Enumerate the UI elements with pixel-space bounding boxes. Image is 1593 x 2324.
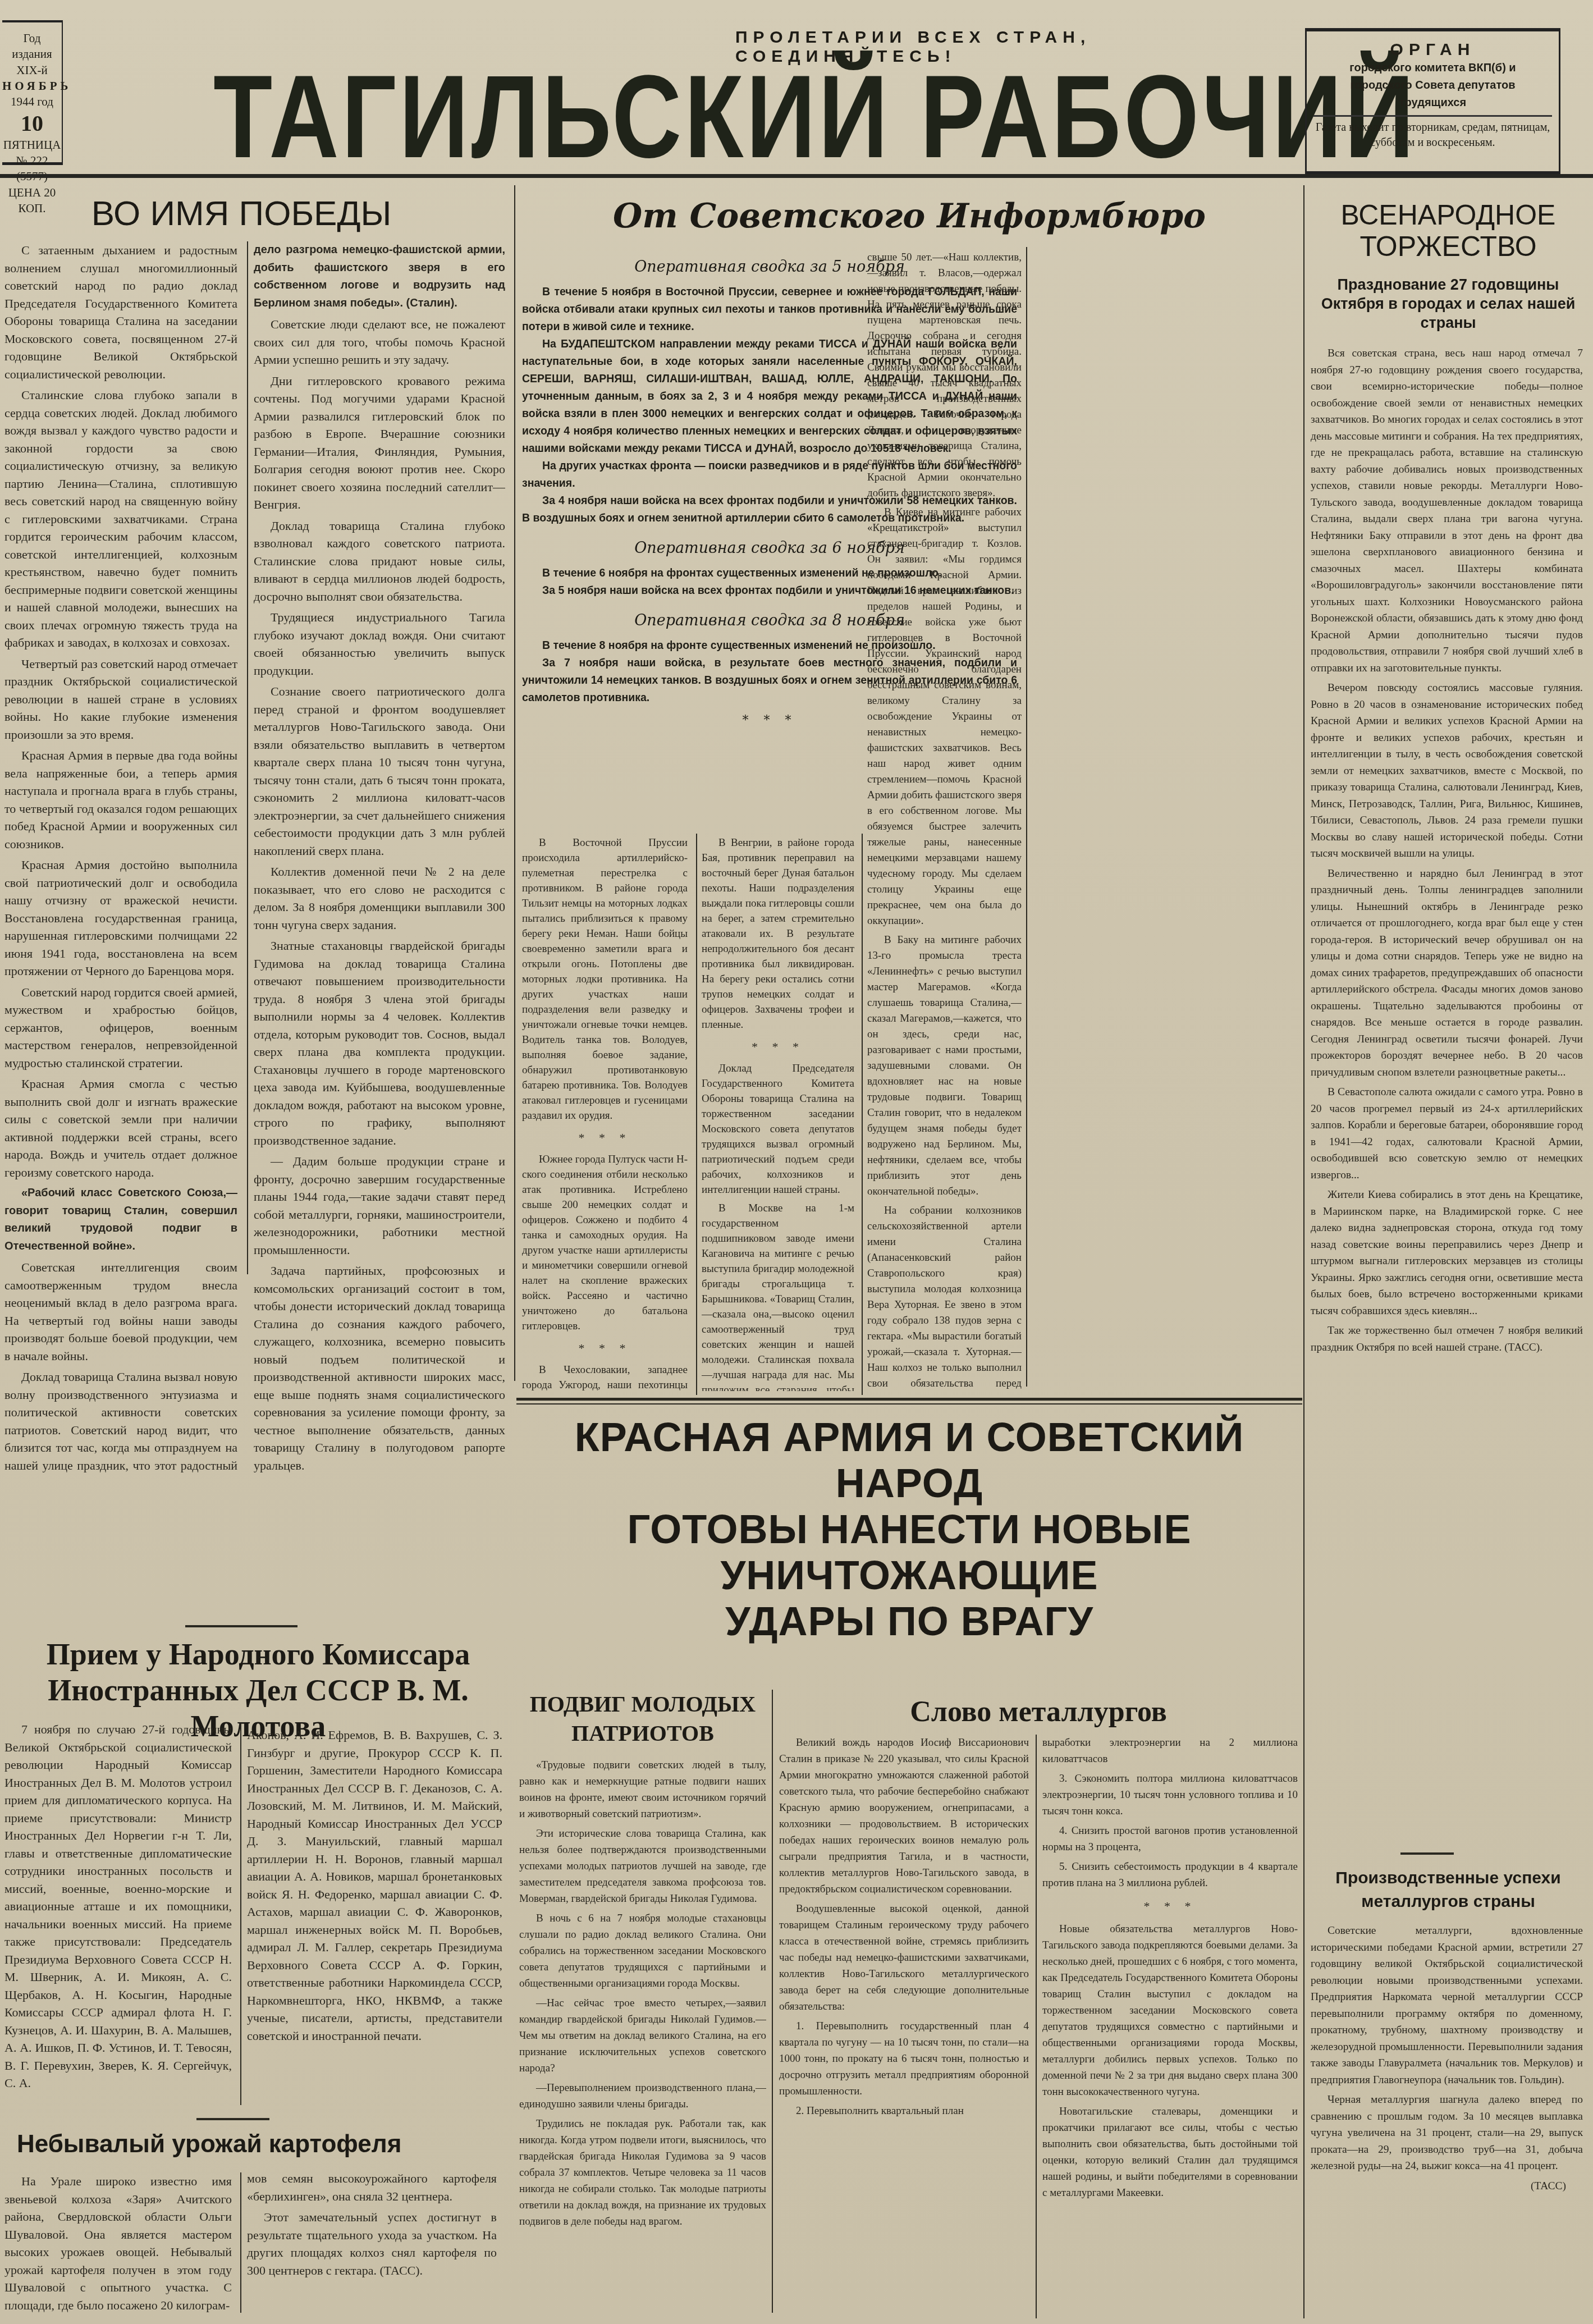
column-divider	[1026, 247, 1027, 1387]
molotov-column-2: Акопов, А. И. Ефремов, В. В. Вахрушев, С…	[247, 1726, 502, 2108]
attribution: (ТАСС)	[1311, 2178, 1583, 2195]
paragraph: выработки электроэнергии на 2 миллиона к…	[1042, 1735, 1298, 1767]
edition-box: Год издания XIX-й НОЯБРЬ 1944 год 10 ПЯТ…	[2, 20, 63, 165]
paragraph: свыше 50 лет.—«Наш коллектив,—заявил т. …	[867, 250, 1022, 501]
paragraph: — Дадим больше продукции стране и фронту…	[254, 1152, 505, 1259]
paragraph: Сознание своего патриотического долга пе…	[254, 683, 505, 859]
column-divider	[696, 834, 697, 1395]
paragraph: «Трудовые подвиги советских людей в тылу…	[519, 1757, 766, 1822]
paragraph: Вечером повсюду состоялись массовые гуля…	[1311, 680, 1583, 862]
month: НОЯБРЬ	[2, 78, 62, 94]
young-patriots-headline: ПОДВИГ МОЛОДЫХ ПАТРИОТОВ	[519, 1690, 766, 1748]
column-divider	[247, 241, 248, 1274]
paragraph: Эти исторические слова товарища Сталина,…	[519, 1826, 766, 1907]
sovinformburo-headline: От Советского Информбюро	[522, 196, 1297, 236]
paragraph: Воодушевленные высокой оценкой, данной т…	[779, 1901, 1029, 2015]
paragraph: В Баку на митинге рабочих 13-го промысла…	[867, 932, 1022, 1200]
paragraph: Советские металлурги, вдохновленные исто…	[1311, 1923, 1583, 2088]
paragraph: Знатные стахановцы гвардейской бригады Г…	[254, 937, 505, 1149]
paragraph: Красная Армия в первые два года войны ве…	[4, 747, 237, 853]
stalin-quote: «Рабочий класс Советского Союза,—говорит…	[4, 1184, 237, 1255]
paragraph: В Киеве на митинге рабочих «Крещатикстро…	[867, 505, 1022, 929]
paragraph: Советские люди сделают все, не пожалеют …	[254, 315, 505, 369]
publication-schedule: Газета выходит по вторникам, средам, пят…	[1307, 120, 1559, 150]
paragraph: В Чехословакии, западнее города Ужгород,…	[522, 1362, 688, 1391]
paragraph: Южнее города Пултуск части Н-ского соеди…	[522, 1152, 688, 1334]
sovinformburo-column-c: свыше 50 лет.—«Наш коллектив,—заявил т. …	[867, 250, 1022, 1389]
column-divider	[514, 185, 515, 1381]
masthead-rule	[0, 174, 1593, 178]
paragraph: Красная Армия достойно выполнила свой па…	[4, 856, 237, 980]
potato-column-1: На Урале широко известно имя звеньевой к…	[4, 2172, 232, 2324]
organ-text: городского комитета ВКП(б) и городского …	[1307, 60, 1559, 112]
newspaper-title: ТАГИЛЬСКИЙ РАБОЧИЙ	[213, 66, 1065, 167]
paragraph: 2. Перевыполнить квартальный план	[779, 2103, 1029, 2119]
paragraph: На Урале широко известно имя звеньевой к…	[4, 2172, 232, 2314]
potato-column-2: мов семян высокоурожайного картофеля «бе…	[247, 2170, 497, 2321]
editorial-column-2: дело разгрома немецко-фашистской армии, …	[254, 241, 505, 1493]
paragraph: В Севастополе салюта ожидали с самого ут…	[1311, 1084, 1583, 1183]
paragraph: мов семян высокоурожайного картофеля «бе…	[247, 2170, 497, 2205]
paragraph: В Москве на 1-м государственном подшипни…	[702, 1201, 854, 1391]
column-divider	[240, 1723, 241, 2105]
paragraph: Трудились не покладая рук. Работали так,…	[519, 2116, 766, 2230]
main-banner: КРАСНАЯ АРМИЯ И СОВЕТСКИЙ НАРОД ГОТОВЫ Н…	[516, 1415, 1302, 1645]
banner-line-3: УДАРЫ ПО ВРАГУ	[516, 1599, 1302, 1645]
molotov-column-1: 7 ноября по случаю 27-й годовщины Велико…	[4, 1721, 232, 2108]
paragraph: Красная Армия смогла с честью выполнить …	[4, 1075, 237, 1181]
sovinformburo-column-a: В Восточной Пруссии происходила артиллер…	[522, 835, 688, 1391]
column-divider	[862, 834, 863, 1395]
column-divider	[1303, 185, 1304, 2318]
potato-headline: Небывалый урожай картофеля	[17, 2130, 455, 2158]
paragraph: На собрании колхозников сельскохозяйстве…	[867, 1203, 1022, 1389]
celebration-column: Вся советская страна, весь наш народ отм…	[1311, 345, 1583, 1799]
stars-separator: * * *	[702, 1039, 854, 1054]
paragraph: Черная металлургия шагнула далеко вперед…	[1311, 2092, 1583, 2175]
paragraph: Дни гитлеровского кровавого режима сочте…	[254, 372, 505, 514]
paragraph: В Восточной Пруссии происходила артиллер…	[522, 835, 688, 1123]
section-ornament	[1400, 1852, 1454, 1855]
celebration-headline: ВСЕНАРОДНОЕ ТОРЖЕСТВО	[1311, 199, 1586, 262]
paragraph: Доклад товарища Сталина вызвал новую вол…	[4, 1368, 237, 1476]
celebration-subheadline: Празднование 27 годовщины Октября в горо…	[1311, 275, 1586, 332]
paragraph: Жители Киева собирались в этот день на К…	[1311, 1187, 1583, 1319]
paragraph: 4. Снизить простой вагонов против устано…	[1042, 1823, 1298, 1855]
paragraph: Доклад товарища Сталина глубоко взволнов…	[254, 517, 505, 606]
paragraph: 1. Перевыполнить государственный план 4 …	[779, 2018, 1029, 2099]
stars-separator: * * *	[522, 1130, 688, 1145]
column-divider	[1036, 1735, 1037, 2318]
paragraph: Советский народ гордится своей армией, м…	[4, 983, 237, 1072]
paragraph: В ночь с 6 на 7 ноября молодые стахановц…	[519, 1910, 766, 1992]
column-divider	[772, 1690, 773, 2313]
paragraph: 3. Сэкономить полтора миллиона киловаттч…	[1042, 1771, 1298, 1819]
banner-line-2: ГОТОВЫ НАНЕСТИ НОВЫЕ УНИЧТОЖАЮЩИЕ	[516, 1507, 1302, 1599]
paragraph: Задача партийных, профсоюзных и комсомол…	[254, 1262, 505, 1474]
stars-separator: * * *	[522, 1341, 688, 1356]
paragraph: Величественно и нарядно был Ленинград в …	[1311, 866, 1583, 1081]
metallurgists-column-a: Великий вождь народов Иосиф Виссарионови…	[779, 1735, 1029, 2321]
organ-box: ОРГАН городского комитета ВКП(б) и город…	[1305, 28, 1560, 174]
metallurgists-success-headline: Производственные успехи металлургов стра…	[1311, 1866, 1586, 1914]
paragraph: Советская интеллигенция своим самоотверж…	[4, 1259, 237, 1365]
paragraph: Новотагильские сталевары, доменщики и пр…	[1042, 2103, 1298, 2201]
metallurgists-success-column: Советские металлурги, вдохновленные исто…	[1311, 1923, 1583, 2316]
young-patriots-column: «Трудовые подвиги советских людей в тылу…	[519, 1757, 766, 2318]
paragraph: Вся советская страна, весь наш народ отм…	[1311, 345, 1583, 676]
section-ornament	[196, 2118, 269, 2120]
editorial-column-1: С затаенным дыханием и радостным волнени…	[4, 241, 237, 1476]
year: 1944 год	[2, 94, 62, 109]
paragraph: Коллектив доменной печи № 2 на деле пока…	[254, 863, 505, 934]
weekday: ПЯТНИЦА	[2, 137, 62, 153]
stalin-quote: дело разгрома немецко-фашистской армии, …	[254, 241, 505, 312]
editorial-headline: ВО ИМЯ ПОБЕДЫ	[22, 194, 460, 234]
paragraph: —Перевыполнением производственного плана…	[519, 2080, 766, 2112]
sovinformburo-column-b: В Венгрии, в районе города Бая, противни…	[702, 835, 854, 1391]
section-ornament	[185, 1625, 297, 1627]
newspaper-page: Год издания XIX-й НОЯБРЬ 1944 год 10 ПЯТ…	[0, 0, 1593, 2324]
paragraph: Сталинские слова глубоко запали в сердца…	[4, 386, 237, 652]
paragraph: Этот замечательный успех достигнут в рез…	[247, 2208, 497, 2279]
paragraph: Так же торжественно был отмечен 7 ноября…	[1311, 1323, 1583, 1356]
metallurgists-word-headline: Слово металлургов	[777, 1695, 1299, 1729]
banner-rule	[516, 1398, 1302, 1401]
paragraph: Новые обязательства металлургов Ново-Таг…	[1042, 1921, 1298, 2100]
paragraph: С затаенным дыханием и радостным волнени…	[4, 241, 237, 383]
paragraph: 5. Снизить себестоимость продукции в 4 к…	[1042, 1859, 1298, 1891]
organ-divider	[1313, 115, 1552, 117]
stars-separator: * * *	[1042, 1898, 1298, 1914]
banner-line-1: КРАСНАЯ АРМИЯ И СОВЕТСКИЙ НАРОД	[516, 1415, 1302, 1507]
paragraph: Четвертый раз советский народ отмечает п…	[4, 655, 237, 744]
paragraph: —Нас сейчас трое вместо четырех,—заявил …	[519, 1995, 766, 2076]
column-divider	[240, 2172, 241, 2313]
paragraph: 7 ноября по случаю 27-й годовщины Велико…	[4, 1721, 232, 2092]
paragraph: В Венгрии, в районе города Бая, противни…	[702, 835, 854, 1032]
paragraph: Трудящиеся индустриального Тагила глубок…	[254, 609, 505, 679]
banner-rule	[516, 1403, 1302, 1405]
organ-heading: ОРГАН	[1307, 40, 1559, 60]
paragraph: Доклад Председателя Государственного Ком…	[702, 1061, 854, 1197]
day: 10	[2, 110, 62, 137]
year-of-issue: Год издания XIX-й	[2, 30, 62, 78]
paragraph: Великий вождь народов Иосиф Виссарионови…	[779, 1735, 1029, 1897]
metallurgists-column-b: выработки электроэнергии на 2 миллиона к…	[1042, 1735, 1298, 2321]
issue-number: № 222 (5577)	[2, 153, 62, 185]
paragraph: Акопов, А. И. Ефремов, В. В. Вахрушев, С…	[247, 1726, 502, 2044]
